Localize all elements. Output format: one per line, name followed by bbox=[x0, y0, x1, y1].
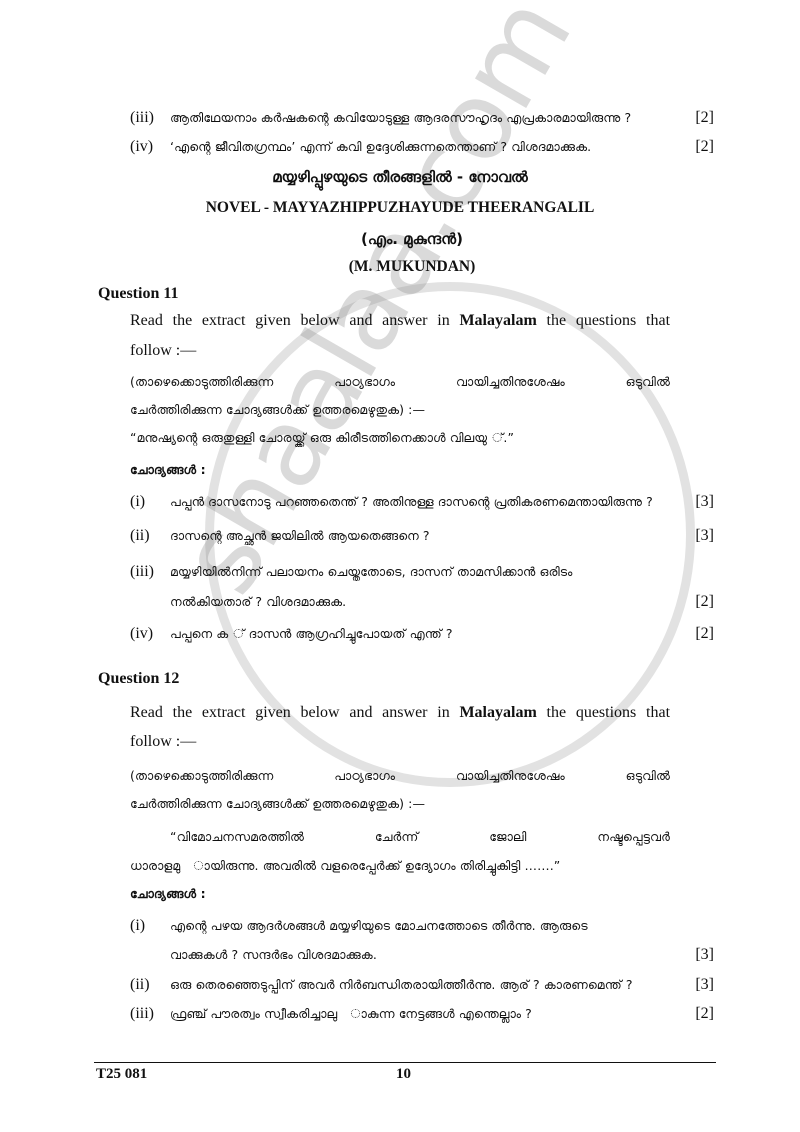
page-number: 10 bbox=[396, 1066, 411, 1083]
question-number: (ii) bbox=[130, 976, 170, 994]
q12-subheading: ചോദ്യങ്ങൾ : bbox=[130, 886, 206, 902]
watermark-text: shaalaa.com bbox=[156, 0, 595, 614]
question-marks: [2] bbox=[695, 593, 714, 611]
ml-word: പാഠ്യഭാഗം bbox=[334, 768, 395, 784]
question-number: (iv) bbox=[130, 138, 170, 156]
question-number: (iii) bbox=[130, 563, 170, 581]
paper-code: T25 081 bbox=[96, 1066, 147, 1083]
question-number: (i) bbox=[130, 493, 170, 511]
question-11-heading: Question 11 bbox=[98, 285, 178, 303]
ml-word: (താഴെക്കൊടുത്തിരിക്കുന്ന bbox=[130, 768, 273, 784]
question-text: പപ്പനെ ക ് ദാസൻ ആഗ്രഹിച്ചുപോയത് എന്ത് ? bbox=[170, 626, 714, 642]
question-number: (iii) bbox=[130, 109, 170, 127]
question-text: ഒരു തെരഞ്ഞെടുപ്പിന് അവർ നിർബന്ധിതരായിത്ത… bbox=[170, 977, 714, 993]
author-english: (M. MUKUNDAN) bbox=[12, 258, 800, 276]
q11-item-i: (i) പപ്പൻ ദാസനോടു പറഞ്ഞതെന്ത് ? അതിനുള്ള… bbox=[130, 491, 714, 513]
footer-divider bbox=[94, 1062, 716, 1063]
q11-item-ii: (ii) ദാസന്റെ അച്ഛൻ ജയിലിൽ ആയതെങ്ങനെ ? [3… bbox=[130, 525, 714, 547]
q12-extract-line2: ധാരാളമു ായിരുന്നു. അവരിൽ വളരെപ്പേർക്ക് ഉ… bbox=[130, 858, 560, 874]
q12-instruction: Read the extract given below and answer … bbox=[130, 704, 670, 722]
question-text: പപ്പൻ ദാസനോടു പറഞ്ഞതെന്ത് ? അതിനുള്ള ദാസ… bbox=[170, 494, 714, 510]
ml-word: ഒടുവിൽ bbox=[626, 768, 670, 784]
q11-instruction: Read the extract given below and answer … bbox=[130, 312, 670, 330]
question-12-heading: Question 12 bbox=[98, 670, 179, 688]
question-text-line2: നൽകിയതാര് ? വിശദമാക്കുക. bbox=[170, 594, 714, 610]
q12-item-iii: (iii) ഫ്രഞ്ച് പൗരത്വം സ്വീകരിച്ചാലു ാകുന… bbox=[130, 1003, 714, 1025]
q12-ml-instruction: (താഴെക്കൊടുത്തിരിക്കുന്ന പാഠ്യഭാഗം വായിച… bbox=[130, 768, 670, 784]
q11-ml-instruction: (താഴെക്കൊടുത്തിരിക്കുന്ന പാഠ്യഭാഗം വായിച… bbox=[130, 374, 670, 390]
q11-extract: “മനുഷ്യന്റെ ഒരുതുള്ളി ചോരയ്ക്ക് ഒരു കിരീ… bbox=[130, 430, 514, 446]
question-marks: [3] bbox=[695, 946, 714, 964]
question-marks: [3] bbox=[695, 493, 714, 511]
ml-word: വായിച്ചതിനുശേഷം bbox=[456, 768, 565, 784]
question-number: (ii) bbox=[130, 527, 170, 545]
prev-question-iii: (iii) ആതിഥേയനാം കർഷകന്റെ കവിയോടുള്ള ആദരസ… bbox=[130, 107, 714, 129]
question-number: (i) bbox=[130, 917, 170, 935]
extract-word: “വിമോചനസമരത്തിൽ bbox=[170, 829, 304, 845]
section-title-malayalam: മയ്യഴിപ്പുഴയുടെ തീരങ്ങളിൽ - നോവൽ bbox=[0, 168, 800, 186]
q11-item-iii: (iii) മയ്യഴിയിൽനിന്ന് പലായനം ചെയ്തതോടെ, … bbox=[130, 561, 714, 583]
question-text-line2: വാക്കുകൾ ? സന്ദർഭം വിശദമാക്കുക. bbox=[170, 947, 714, 963]
q12-item-i-cont: വാക്കുകൾ ? സന്ദർഭം വിശദമാക്കുക. [3] bbox=[130, 944, 714, 966]
prev-question-iv: (iv) ‘എന്റെ ജീവിതഗ്രന്ഥം’ എന്ന് കവി ഉദ്ദ… bbox=[130, 136, 714, 158]
question-number: (iii) bbox=[130, 1005, 170, 1023]
q11-item-iii-cont: നൽകിയതാര് ? വിശദമാക്കുക. [2] bbox=[130, 591, 714, 613]
question-text: ഫ്രഞ്ച് പൗരത്വം സ്വീകരിച്ചാലു ാകുന്ന നേട… bbox=[170, 1006, 714, 1022]
question-text: ‘എന്റെ ജീവിതഗ്രന്ഥം’ എന്ന് കവി ഉദ്ദേശിക്… bbox=[170, 139, 714, 155]
q11-ml-instruction-cont: ചേർത്തിരിക്കുന്ന ചോദ്യങ്ങൾക്ക് ഉത്തരമെഴു… bbox=[130, 402, 425, 418]
question-text-line1: മയ്യഴിയിൽനിന്ന് പലായനം ചെയ്തതോടെ, ദാസന് … bbox=[170, 564, 573, 580]
extract-word: ജോലി bbox=[489, 829, 526, 845]
instruction-language: Malayalam bbox=[459, 312, 536, 329]
question-marks: [2] bbox=[695, 138, 714, 156]
question-marks: [2] bbox=[695, 625, 714, 643]
ml-word: ഒടുവിൽ bbox=[626, 374, 670, 390]
question-marks: [2] bbox=[695, 109, 714, 127]
question-number: (iv) bbox=[130, 625, 170, 643]
question-text: ദാസന്റെ അച്ഛൻ ജയിലിൽ ആയതെങ്ങനെ ? bbox=[170, 528, 714, 544]
q12-item-ii: (ii) ഒരു തെരഞ്ഞെടുപ്പിന് അവർ നിർബന്ധിതരാ… bbox=[130, 974, 714, 996]
author-malayalam: (എം. മുകുന്ദൻ) bbox=[12, 230, 800, 248]
q11-instruction-cont: follow :— bbox=[130, 342, 196, 360]
instruction-text: Read the extract given below and answer … bbox=[130, 312, 459, 329]
exam-page: shaalaa.com (iii) ആതിഥേയനാം കർഷകന്റെ കവി… bbox=[0, 0, 800, 1132]
question-text: മയ്യഴിയിൽനിന്ന് പലായനം ചെയ്തതോടെ, ദാസന് … bbox=[170, 564, 714, 580]
question-marks: [2] bbox=[695, 1005, 714, 1023]
question-marks: [3] bbox=[695, 976, 714, 994]
question-text: ആതിഥേയനാം കർഷകന്റെ കവിയോടുള്ള ആദരസൗഹൃദം … bbox=[170, 110, 714, 126]
q11-subheading: ചോദ്യങ്ങൾ : bbox=[130, 462, 206, 478]
instruction-text: Read the extract given below and answer … bbox=[130, 704, 459, 721]
extract-word: നഷ്ടപ്പെട്ടവർ bbox=[597, 829, 670, 845]
ml-word: (താഴെക്കൊടുത്തിരിക്കുന്ന bbox=[130, 374, 273, 390]
q12-item-i: (i) എന്റെ പഴയ ആദർശങ്ങൾ മയ്യഴിയുടെ മോചനത്… bbox=[130, 915, 714, 937]
extract-word: ചേർന്ന് bbox=[375, 829, 418, 845]
instruction-language: Malayalam bbox=[459, 704, 536, 721]
question-marks: [3] bbox=[695, 527, 714, 545]
ml-word: വായിച്ചതിനുശേഷം bbox=[456, 374, 565, 390]
section-title-english: NOVEL - MAYYAZHIPPUZHAYUDE THEERANGALIL bbox=[0, 199, 800, 217]
instruction-text-end: the questions that bbox=[537, 704, 670, 721]
q12-instruction-cont: follow :— bbox=[130, 733, 196, 751]
q11-item-iv: (iv) പപ്പനെ ക ് ദാസൻ ആഗ്രഹിച്ചുപോയത് എന്… bbox=[130, 623, 714, 645]
question-text-line1: എന്റെ പഴയ ആദർശങ്ങൾ മയ്യഴിയുടെ മോചനത്തോടെ… bbox=[170, 918, 714, 934]
instruction-text-end: the questions that bbox=[537, 312, 670, 329]
q12-ml-instruction-cont: ചേർത്തിരിക്കുന്ന ചോദ്യങ്ങൾക്ക് ഉത്തരമെഴു… bbox=[130, 796, 425, 812]
ml-word: പാഠ്യഭാഗം bbox=[334, 374, 395, 390]
q12-extract-line1: “വിമോചനസമരത്തിൽ ചേർന്ന് ജോലി നഷ്ടപ്പെട്ട… bbox=[170, 829, 670, 845]
